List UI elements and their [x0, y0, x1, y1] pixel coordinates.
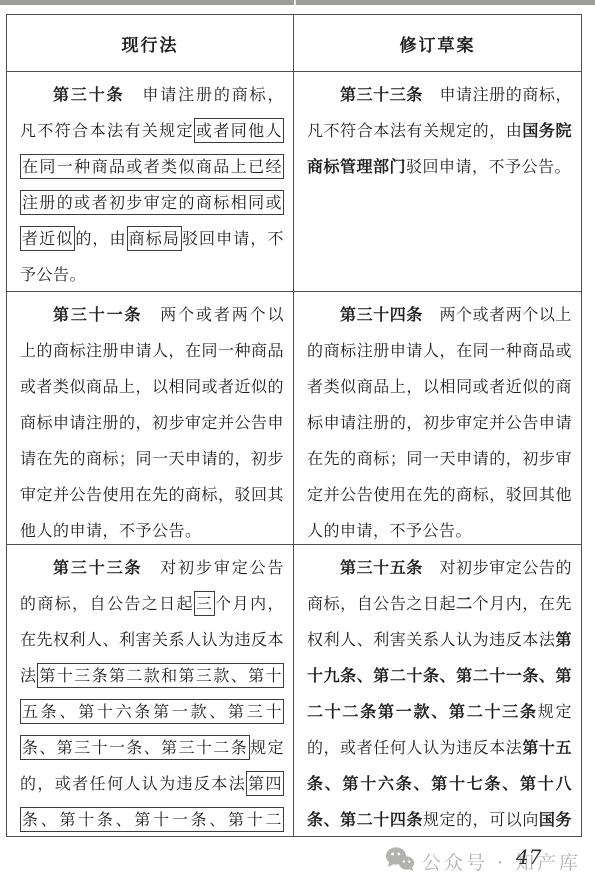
deleted-text: 三	[194, 591, 215, 616]
table-row: 第三十一条 两个或者两个以上的商标注册申请人，在同一种商品或者类似商品上，以相同…	[7, 292, 581, 545]
current-law-cell-2: 第三十一条 两个或者两个以上的商标注册申请人，在同一种商品或者类似商品上，以相同…	[7, 292, 294, 544]
added-text: 二	[456, 594, 473, 613]
table-body: 第三十条 申请注册的商标，凡不符合本法有关规定或者同他人在同一种商品或者类似商品…	[7, 72, 581, 836]
table-header-row: 现行法 修订草案	[7, 15, 581, 72]
text-segment: 的，由	[75, 229, 126, 248]
deleted-text: 第十三条第二款和第三款、第十五条、第十六条第一款、第三十条、第三十一条、第三十二…	[20, 663, 284, 760]
law-article-paragraph: 第三十条 申请注册的商标，凡不符合本法有关规定或者同他人在同一种商品或者类似商品…	[20, 77, 284, 291]
law-comparison-table: 现行法 修订草案 第三十条 申请注册的商标，凡不符合本法有关规定或者同他人在同一…	[6, 14, 582, 837]
law-article-paragraph: 第三十四条 两个或者两个以上的商标注册申请人，在同一种商品或者类似商品上，以相同…	[307, 297, 572, 544]
wechat-icon	[385, 846, 415, 876]
revision-draft-cell-1: 第三十三条 申请注册的商标，凡不符合本法有关规定的，由国务院商标管理部门驳回申请…	[294, 72, 581, 291]
deleted-text: 商标局	[127, 226, 182, 251]
article-number: 第三十一条	[53, 305, 142, 324]
law-article-paragraph: 第三十三条 申请注册的商标，凡不符合本法有关规定的，由国务院商标管理部门驳回申请…	[307, 77, 572, 185]
law-article-paragraph: 第三十三条 对初步审定公告的商标，自公告之日起三个月内，在先权利人、利害关系人认…	[20, 550, 284, 836]
added-text: 第二十四条	[340, 810, 423, 829]
text-segment: 驳回申请，不予公告。	[406, 157, 571, 176]
article-number: 第三十四条	[340, 305, 423, 324]
law-article-paragraph: 第三十五条 对初步审定公告的商标，自公告之日起二个月内，在先权利人、利害关系人认…	[307, 550, 572, 836]
article-number: 第三十三条	[340, 85, 423, 104]
text-segment: 规定的，可以向	[423, 810, 539, 829]
revision-draft-cell-2: 第三十四条 两个或者两个以上的商标注册申请人，在同一种商品或者类似商品上，以相同…	[294, 292, 581, 544]
revision-draft-cell-3: 第三十五条 对初步审定公告的商标，自公告之日起二个月内，在先权利人、利害关系人认…	[294, 545, 581, 836]
text-segment: 两个或者两个以上的商标注册申请人，在同一种商品或者类似商品上，以相同或者近似的商…	[307, 305, 572, 540]
column-header-current-law: 现行法	[7, 15, 294, 71]
text-segment: 两个或者两个以上的商标注册申请人，在同一种商品或者类似商品上，以相同或者近似的商…	[20, 305, 284, 540]
article-number: 第三十五条	[340, 558, 423, 577]
law-article-paragraph: 第三十一条 两个或者两个以上的商标注册申请人，在同一种商品或者类似商品上，以相同…	[20, 297, 284, 544]
previous-page-column-divider	[294, 0, 296, 5]
article-number: 第三十三条	[53, 558, 142, 577]
watermark-footer: 公众号 · 知产库	[385, 846, 581, 876]
current-law-cell-1: 第三十条 申请注册的商标，凡不符合本法有关规定或者同他人在同一种商品或者类似商品…	[7, 72, 294, 291]
column-header-revision-draft: 修订草案	[294, 15, 581, 71]
page-number: 47	[516, 845, 541, 869]
previous-page-edge-strip	[0, 0, 595, 5]
watermark-text: 公众号 · 知产库	[422, 848, 581, 875]
current-law-cell-3: 第三十三条 对初步审定公告的商标，自公告之日起三个月内，在先权利人、利害关系人认…	[7, 545, 294, 836]
table-row: 第三十条 申请注册的商标，凡不符合本法有关规定或者同他人在同一种商品或者类似商品…	[7, 72, 581, 292]
article-number: 第三十条	[53, 85, 125, 104]
table-row: 第三十三条 对初步审定公告的商标，自公告之日起三个月内，在先权利人、利害关系人认…	[7, 545, 581, 836]
